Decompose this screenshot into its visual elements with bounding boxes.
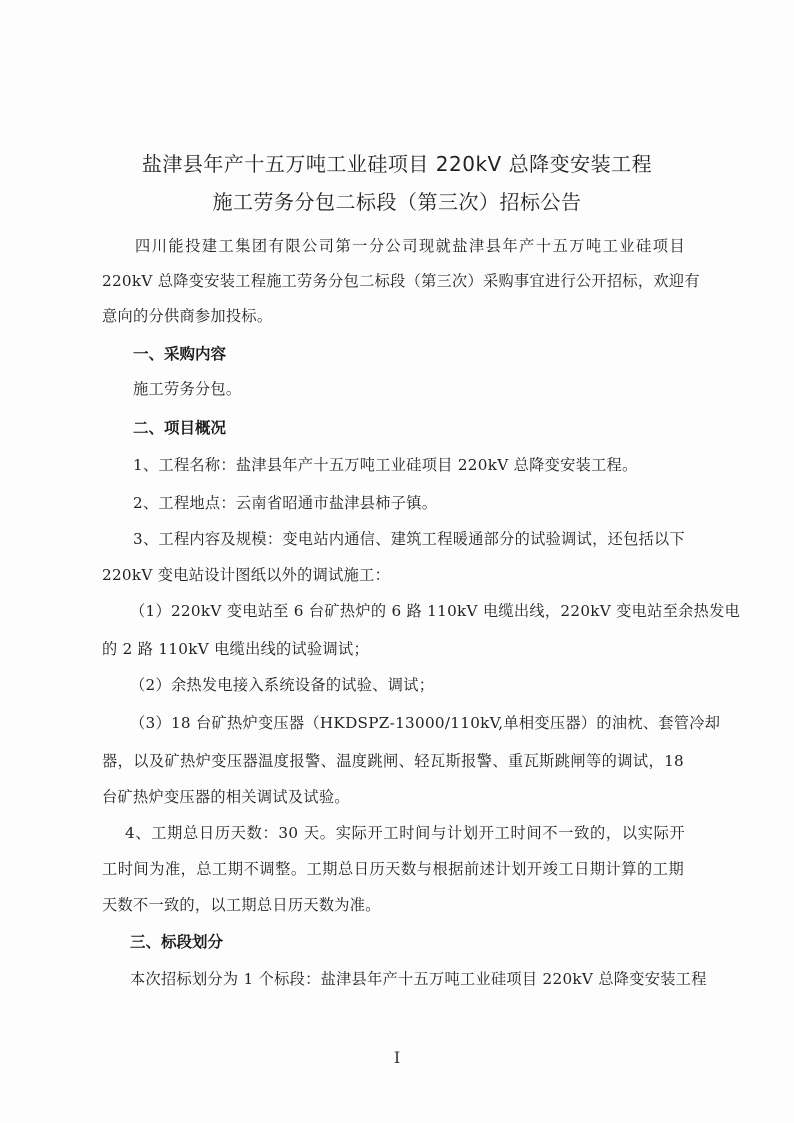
overview-item-4-line-2: 工时间为准，总工期不调整。工期总日历天数与根据前述计划开竣工日期计算的工期 (102, 858, 684, 879)
overview-sub-3-line-3: 台矿热炉变压器的相关调试及试验。 (102, 786, 350, 807)
overview-sub-3-line-2: 器，以及矿热炉变压器温度报警、温度跳闸、轻瓦斯报警、重瓦斯跳闸等的调试，18 (102, 750, 684, 771)
overview-item-4-line-1: 4、工期总日历天数：30 天。实际开工时间与计划开工时间不一致的，以实际开 (125, 822, 685, 843)
intro-line-1: 四川能投建工集团有限公司第一分公司现就盐津县年产十五万吨工业硅项目 (135, 235, 685, 256)
section-procurement-body: 施工劳务分包。 (133, 378, 241, 399)
document-title-line2: 施工劳务分包二标段（第三次）招标公告 (0, 186, 794, 215)
overview-sub-2: （2）余热发电接入系统设备的试验、调试； (130, 674, 434, 695)
section-lots-body: 本次招标划分为 1 个标段：盐津县年产十五万吨工业硅项目 220kV 总降变安装… (130, 968, 698, 989)
section-heading-lots: 三、标段划分 (130, 930, 223, 952)
intro-line-2: 220kV 总降变安装工程施工劳务分包二标段（第三次）采购事宜进行公开招标，欢迎… (102, 270, 684, 291)
overview-item-3-line-2: 220kV 变电站设计图纸以外的调试施工： (102, 564, 390, 585)
section-heading-overview: 二、项目概况 (133, 416, 226, 438)
overview-sub-3-line-1: （3）18 台矿热炉变压器（HKDSPZ-13000/110kV,单相变压器）的… (130, 712, 685, 733)
intro-line-3: 意向的分供商参加投标。 (102, 305, 272, 326)
overview-item-4-line-3: 天数不一致的，以工期总日历天数为准。 (102, 894, 381, 915)
overview-sub-1-line-2: 的 2 路 110kV 电缆出线的试验调试； (102, 638, 369, 659)
overview-item-3-line-1: 3、工程内容及规模：变电站内通信、建筑工程暖通部分的试验调试，还包括以下 (133, 528, 685, 549)
overview-sub-1-line-1: （1）220kV 变电站至 6 台矿热炉的 6 路 110kV 电缆出线，220… (130, 600, 685, 621)
overview-item-2: 2、工程地点：云南省昭通市盐津县柿子镇。 (133, 492, 437, 513)
section-heading-procurement: 一、采购内容 (133, 342, 226, 364)
document-title-line1: 盐津县年产十五万吨工业硅项目 220kV 总降变安装工程 (0, 148, 794, 177)
document-page: 盐津县年产十五万吨工业硅项目 220kV 总降变安装工程 施工劳务分包二标段（第… (0, 0, 794, 1123)
page-number: I (0, 1048, 794, 1067)
overview-item-1: 1、工程名称：盐津县年产十五万吨工业硅项目 220kV 总降变安装工程。 (133, 454, 638, 475)
